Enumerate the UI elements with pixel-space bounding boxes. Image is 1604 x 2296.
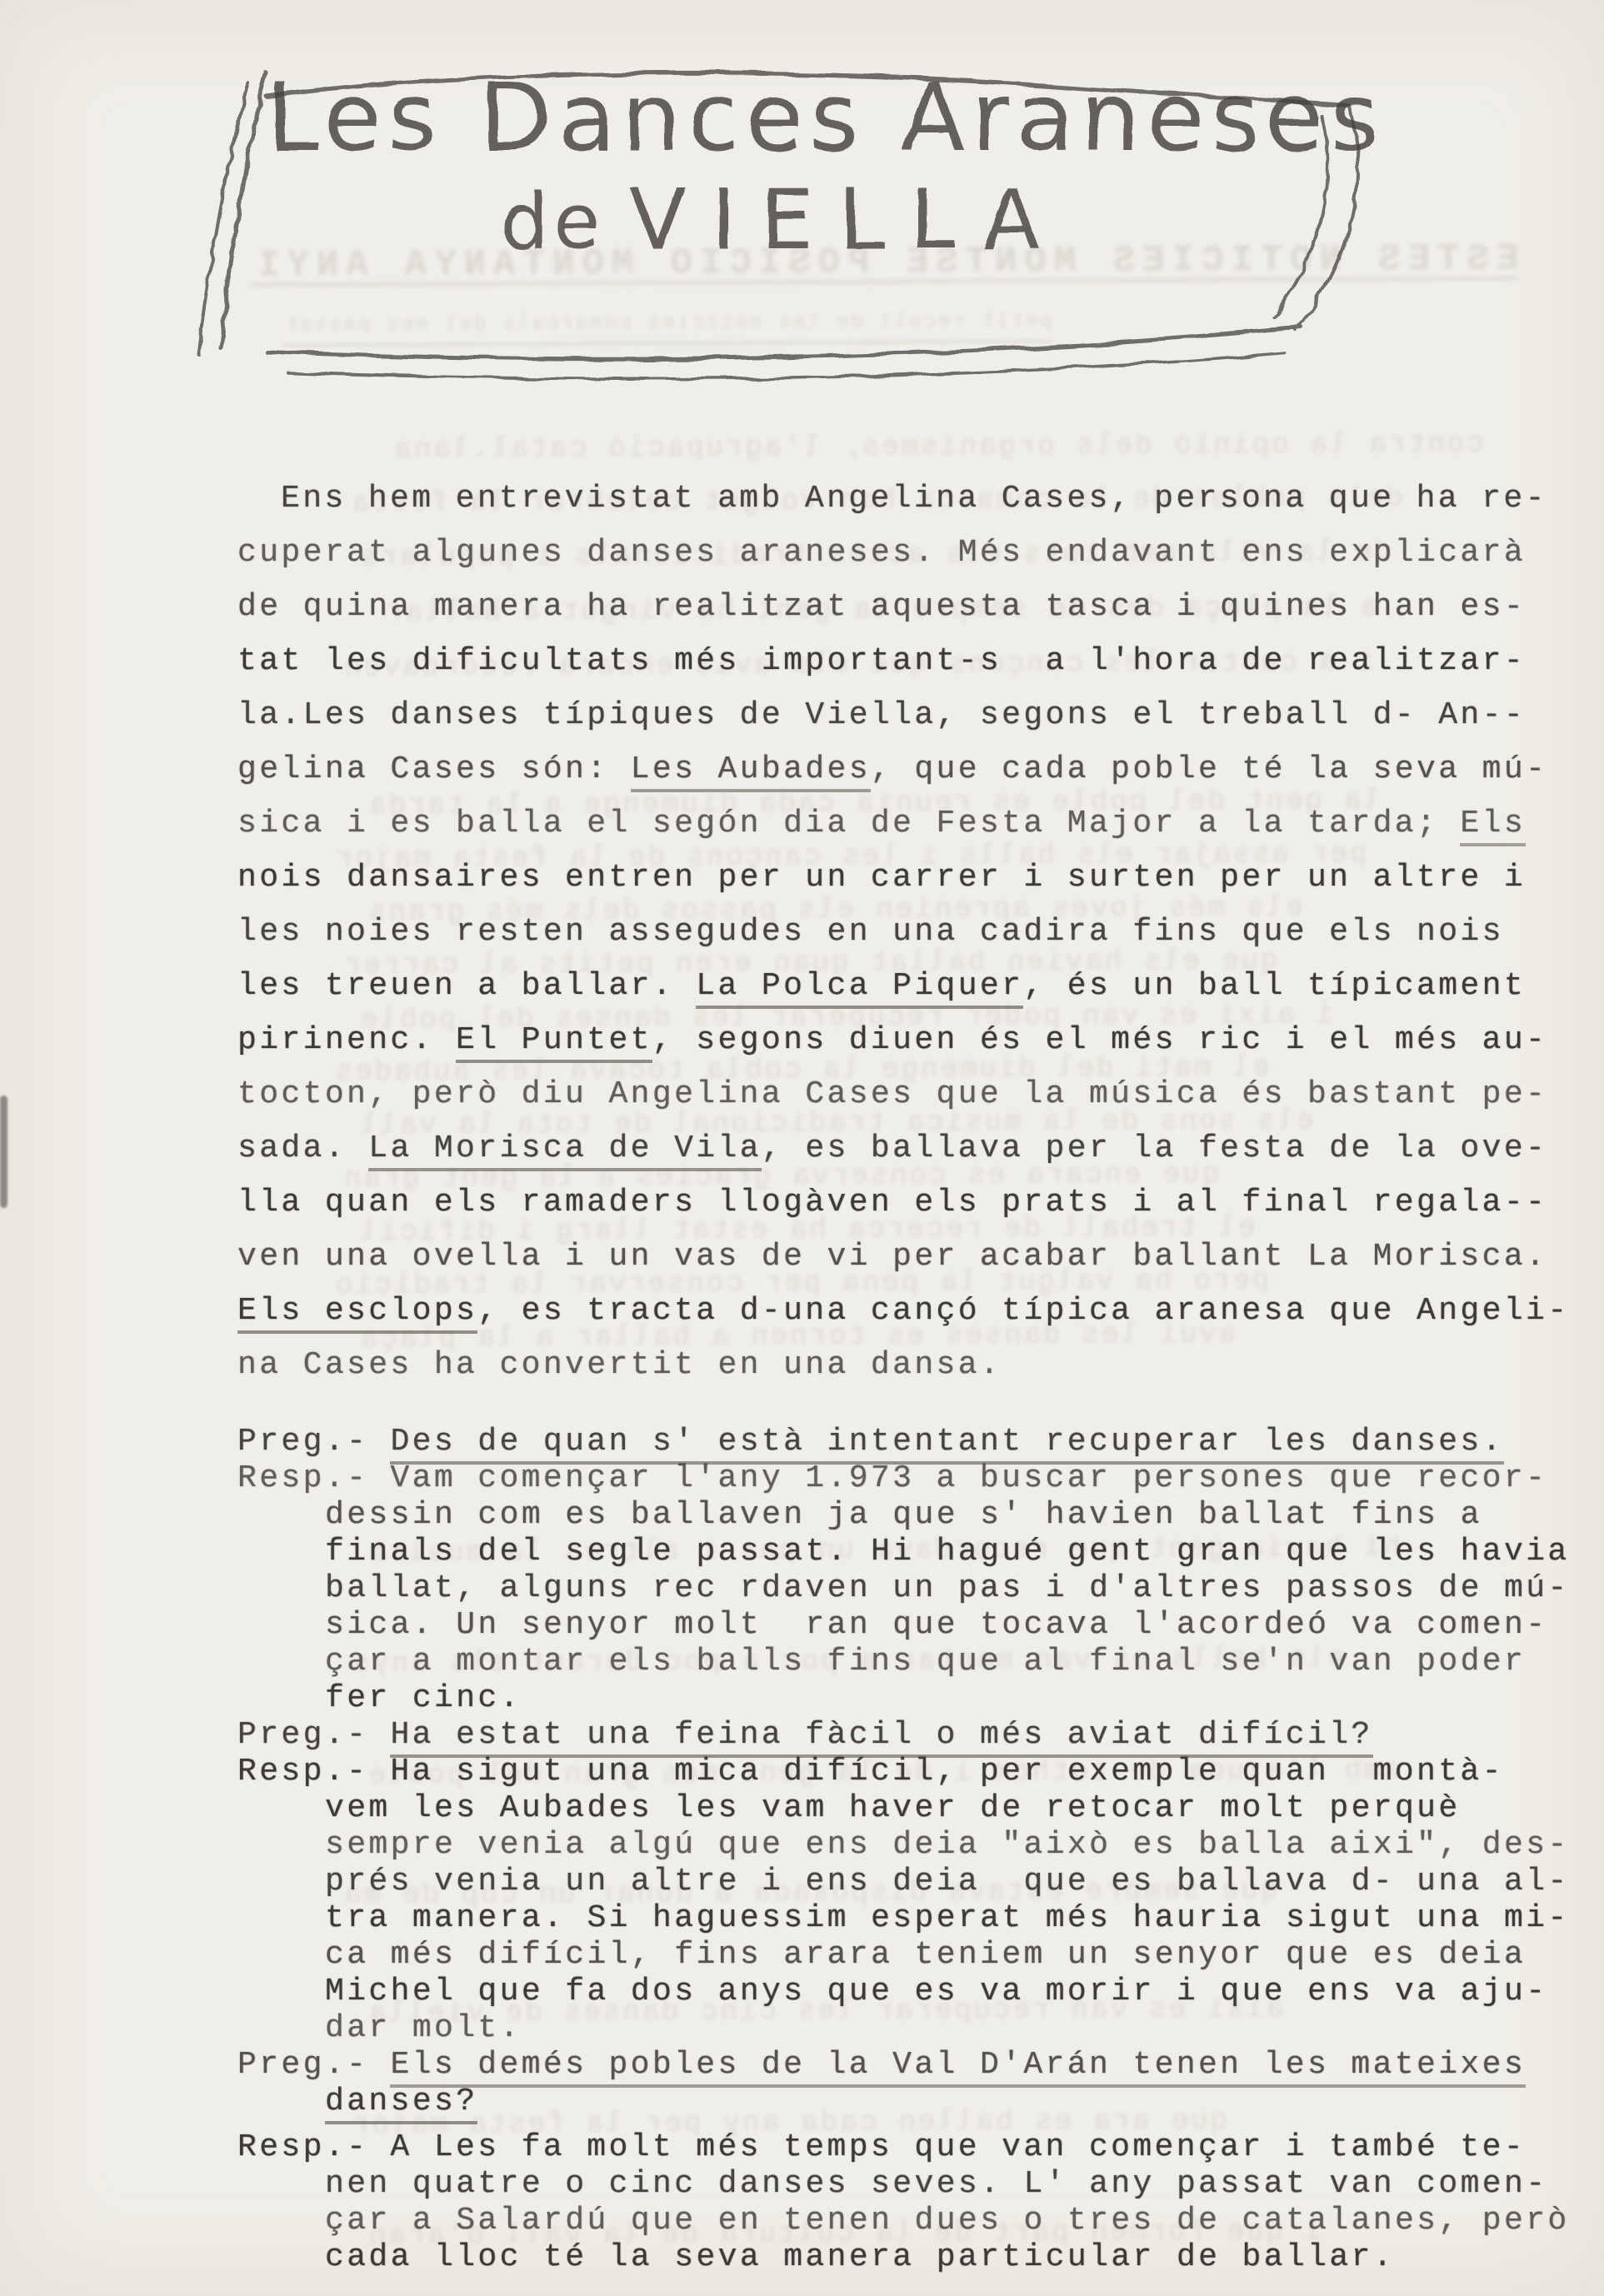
text-line: lla quan els ramaders llogàven els prats…	[237, 1187, 1569, 1219]
text-line: na Cases ha convertit en una dansa.	[237, 1350, 1569, 1381]
title-block: Les Dances Araneses de VIELLA	[142, 23, 1458, 407]
text-segment: dessin com es ballaven ja que s' havien …	[325, 1497, 1482, 1533]
title-text-group: Les Dances Araneses de VIELLA	[267, 64, 1385, 268]
text-line: ven una ovella i un vas de vi per acabar…	[237, 1241, 1569, 1273]
underlined-phrase: danses?	[325, 2084, 477, 2124]
scanned-page: ESTES NOTICIES MONTSE POSICIO MONTANYA A…	[0, 0, 1604, 2296]
text-line: cuperat algunes danses araneses. Més end…	[237, 537, 1569, 569]
text-line: nen quatre o cinc danses seves. L' any p…	[325, 2169, 1570, 2200]
text-line: sada. La Morisca de Vila, es ballava per…	[237, 1133, 1569, 1165]
text-segment: lla quan els ramaders llogàven els prats…	[237, 1185, 1547, 1220]
text-segment: ballat, alguns rec rdaven un pas i d'alt…	[325, 1570, 1570, 1606]
text-segment: Resp.- Vam començar l'any 1.973 a buscar…	[237, 1460, 1547, 1496]
text-segment: Preg.-	[237, 2047, 390, 2083]
page-title-viella: VIELLA	[629, 171, 1065, 268]
text-line: ballat, alguns rec rdaven un pas i d'alt…	[325, 1573, 1570, 1605]
text-segment: , segons diuen és el més ric i el més au…	[652, 1022, 1547, 1058]
text-line: tat les dificultats més important-s a l'…	[237, 646, 1569, 677]
underlined-phrase: Els esclops	[237, 1293, 477, 1334]
text-segment: çar a montar els balls fins que al final…	[325, 1644, 1526, 1680]
text-segment: tocton, però diu Angelina Cases que la m…	[237, 1076, 1547, 1112]
text-line: Preg.- Ha estat una feina fàcil o més av…	[237, 1720, 1570, 1751]
text-line: cada lloc té la seva manera particular d…	[325, 2242, 1570, 2274]
text-line: çar a Salardú que en tenen dues o tres d…	[325, 2205, 1570, 2237]
underlined-phrase: La Polca Piquer	[696, 968, 1023, 1009]
text-line: sica i es balla el segón dia de Festa Ma…	[237, 808, 1569, 840]
text-segment: les noies resten assegudes en una cadira…	[237, 914, 1504, 950]
interview-qa: Preg.- Des de quan s' està intentant rec…	[237, 1426, 1570, 2279]
text-segment: vem les Aubades les vam haver de retocar…	[325, 1790, 1461, 1826]
text-segment: Ens hem entrevistat amb Angelina Cases, …	[281, 481, 1547, 517]
text-line: pirinenc. El Puntet, segons diuen és el …	[237, 1025, 1569, 1056]
text-segment: Preg.-	[237, 1717, 390, 1753]
text-segment: Preg.-	[237, 1424, 390, 1460]
text-line: gelina Cases són: Les Aubades, que cada …	[237, 754, 1569, 786]
text-segment: gelina Cases són:	[237, 751, 631, 787]
text-line: Ens hem entrevistat amb Angelina Cases, …	[281, 483, 1569, 515]
text-segment: pirinenc.	[237, 1022, 456, 1058]
text-segment: sada.	[237, 1131, 368, 1166]
text-segment: cuperat algunes danses araneses. Més end…	[237, 535, 1526, 571]
text-segment: prés venia un altre i ens deia que es ba…	[325, 1864, 1570, 1899]
intro-paragraph: Ens hem entrevistat amb Angelina Cases, …	[237, 483, 1569, 1404]
text-segment: tra manera. Si haguessim esperat més hau…	[325, 1900, 1570, 1936]
underlined-phrase: Els	[1460, 806, 1526, 846]
text-segment: , que cada poble té la seva mú-	[871, 751, 1547, 787]
text-line: prés venia un altre i ens deia que es ba…	[325, 1866, 1570, 1898]
text-line: Resp.- A Les fa molt més temps que van c…	[237, 2132, 1570, 2164]
text-segment: ca més difícil, fins arara teniem un sen…	[325, 1937, 1526, 1973]
text-segment: na Cases ha convertit en una dansa.	[237, 1347, 1002, 1383]
text-line: tocton, però diu Angelina Cases que la m…	[237, 1079, 1569, 1111]
text-segment: Resp.- Ha sigut una mica difícil, per ex…	[237, 1754, 1504, 1789]
text-line: dessin com es ballaven ja que s' havien …	[325, 1500, 1570, 1531]
underlined-phrase: Des de quan s' està intentant recuperar …	[390, 1424, 1503, 1465]
text-line: Preg.- Des de quan s' està intentant rec…	[237, 1426, 1570, 1458]
text-segment: la.Les danses típiques de Viella, segons…	[237, 697, 1526, 733]
text-segment: sica. Un senyor molt ran que tocava l'ac…	[325, 1607, 1547, 1643]
text-line: vem les Aubades les vam haver de retocar…	[325, 1793, 1570, 1824]
scan-edge-mark	[0, 1096, 7, 1208]
underlined-phrase: El Puntet	[456, 1022, 652, 1063]
text-line: finals del segle passat. Hi hagué gent g…	[325, 1536, 1570, 1568]
text-line: sica. Un senyor molt ran que tocava l'ac…	[325, 1610, 1570, 1641]
text-segment: , es ballava per la festa de la ove-	[762, 1131, 1547, 1166]
hand-drawn-frame: Les Dances Araneses de VIELLA	[142, 23, 1458, 407]
text-line: de quina manera ha realitzat aquesta tas…	[237, 591, 1569, 623]
text-line: les noies resten assegudes en una cadira…	[237, 916, 1569, 948]
text-line: Preg.- Els demés pobles de la Val D'Arán…	[237, 2049, 1570, 2081]
underlined-phrase: Els demés pobles de la Val D'Arán tenen …	[390, 2047, 1526, 2088]
underlined-phrase: Les Aubades	[631, 751, 871, 792]
text-segment: , és un ball típicament	[1023, 968, 1526, 1004]
text-segment: çar a Salardú que en tenen dues o tres d…	[325, 2203, 1570, 2239]
underlined-phrase: La Morisca de Vila	[368, 1131, 762, 1171]
text-segment: finals del segle passat. Hi hagué gent g…	[325, 1534, 1570, 1570]
text-line: Resp.- Ha sigut una mica difícil, per ex…	[237, 1756, 1570, 1788]
text-segment: Resp.- A Les fa molt més temps que van c…	[237, 2129, 1526, 2165]
text-line: dar molt.	[325, 2013, 1570, 2044]
text-segment: nen quatre o cinc danses seves. L' any p…	[325, 2166, 1547, 2202]
page-title-line1: Les Dances Araneses	[267, 64, 1385, 172]
text-line: la.Les danses típiques de Viella, segons…	[237, 700, 1569, 731]
text-segment: sempre venia algú que ens deia "això es …	[325, 1827, 1570, 1863]
text-line: Els esclops, es tracta d-una cançó típic…	[237, 1295, 1569, 1327]
text-segment: les treuen a ballar.	[237, 968, 696, 1004]
text-segment: ven una ovella i un vas de vi per acabar…	[237, 1239, 1547, 1275]
text-line: çar a montar els balls fins que al final…	[325, 1646, 1570, 1678]
text-segment: cada lloc té la seva manera particular d…	[325, 2239, 1395, 2275]
text-line: danses?	[325, 2086, 1570, 2118]
text-line: Resp.- Vam començar l'any 1.973 a buscar…	[237, 1463, 1570, 1495]
text-segment: dar molt.	[325, 2010, 522, 2046]
underlined-phrase: Ha estat una feina fàcil o més aviat dif…	[390, 1717, 1372, 1758]
page-title-de: de	[500, 177, 606, 267]
bleedthrough-text: contra la opinió dels organismes, l'agru…	[392, 431, 1484, 465]
text-segment: nois dansaires entren per un carrer i su…	[237, 860, 1526, 896]
text-line: nois dansaires entren per un carrer i su…	[237, 862, 1569, 894]
text-segment: de quina manera ha realitzat aquesta tas…	[237, 589, 1526, 625]
text-line: les treuen a ballar. La Polca Piquer, és…	[237, 971, 1569, 1002]
text-line: ca més difícil, fins arara teniem un sen…	[325, 1939, 1570, 1971]
text-line: sempre venia algú que ens deia "això es …	[325, 1829, 1570, 1861]
text-segment: tat les dificultats més important-s a l'…	[237, 643, 1526, 679]
text-segment: fer cinc.	[325, 1680, 522, 1716]
text-line: fer cinc.	[325, 1683, 1570, 1715]
text-line: tra manera. Si haguessim esperat més hau…	[325, 1903, 1570, 1934]
text-line: Michel que fa dos anys que es va morir i…	[325, 1976, 1570, 2008]
text-segment: Michel que fa dos anys que es va morir i…	[325, 1974, 1547, 2009]
text-segment: , es tracta d-una cançó típica aranesa q…	[477, 1293, 1569, 1329]
text-segment: sica i es balla el segón dia de Festa Ma…	[237, 806, 1460, 841]
